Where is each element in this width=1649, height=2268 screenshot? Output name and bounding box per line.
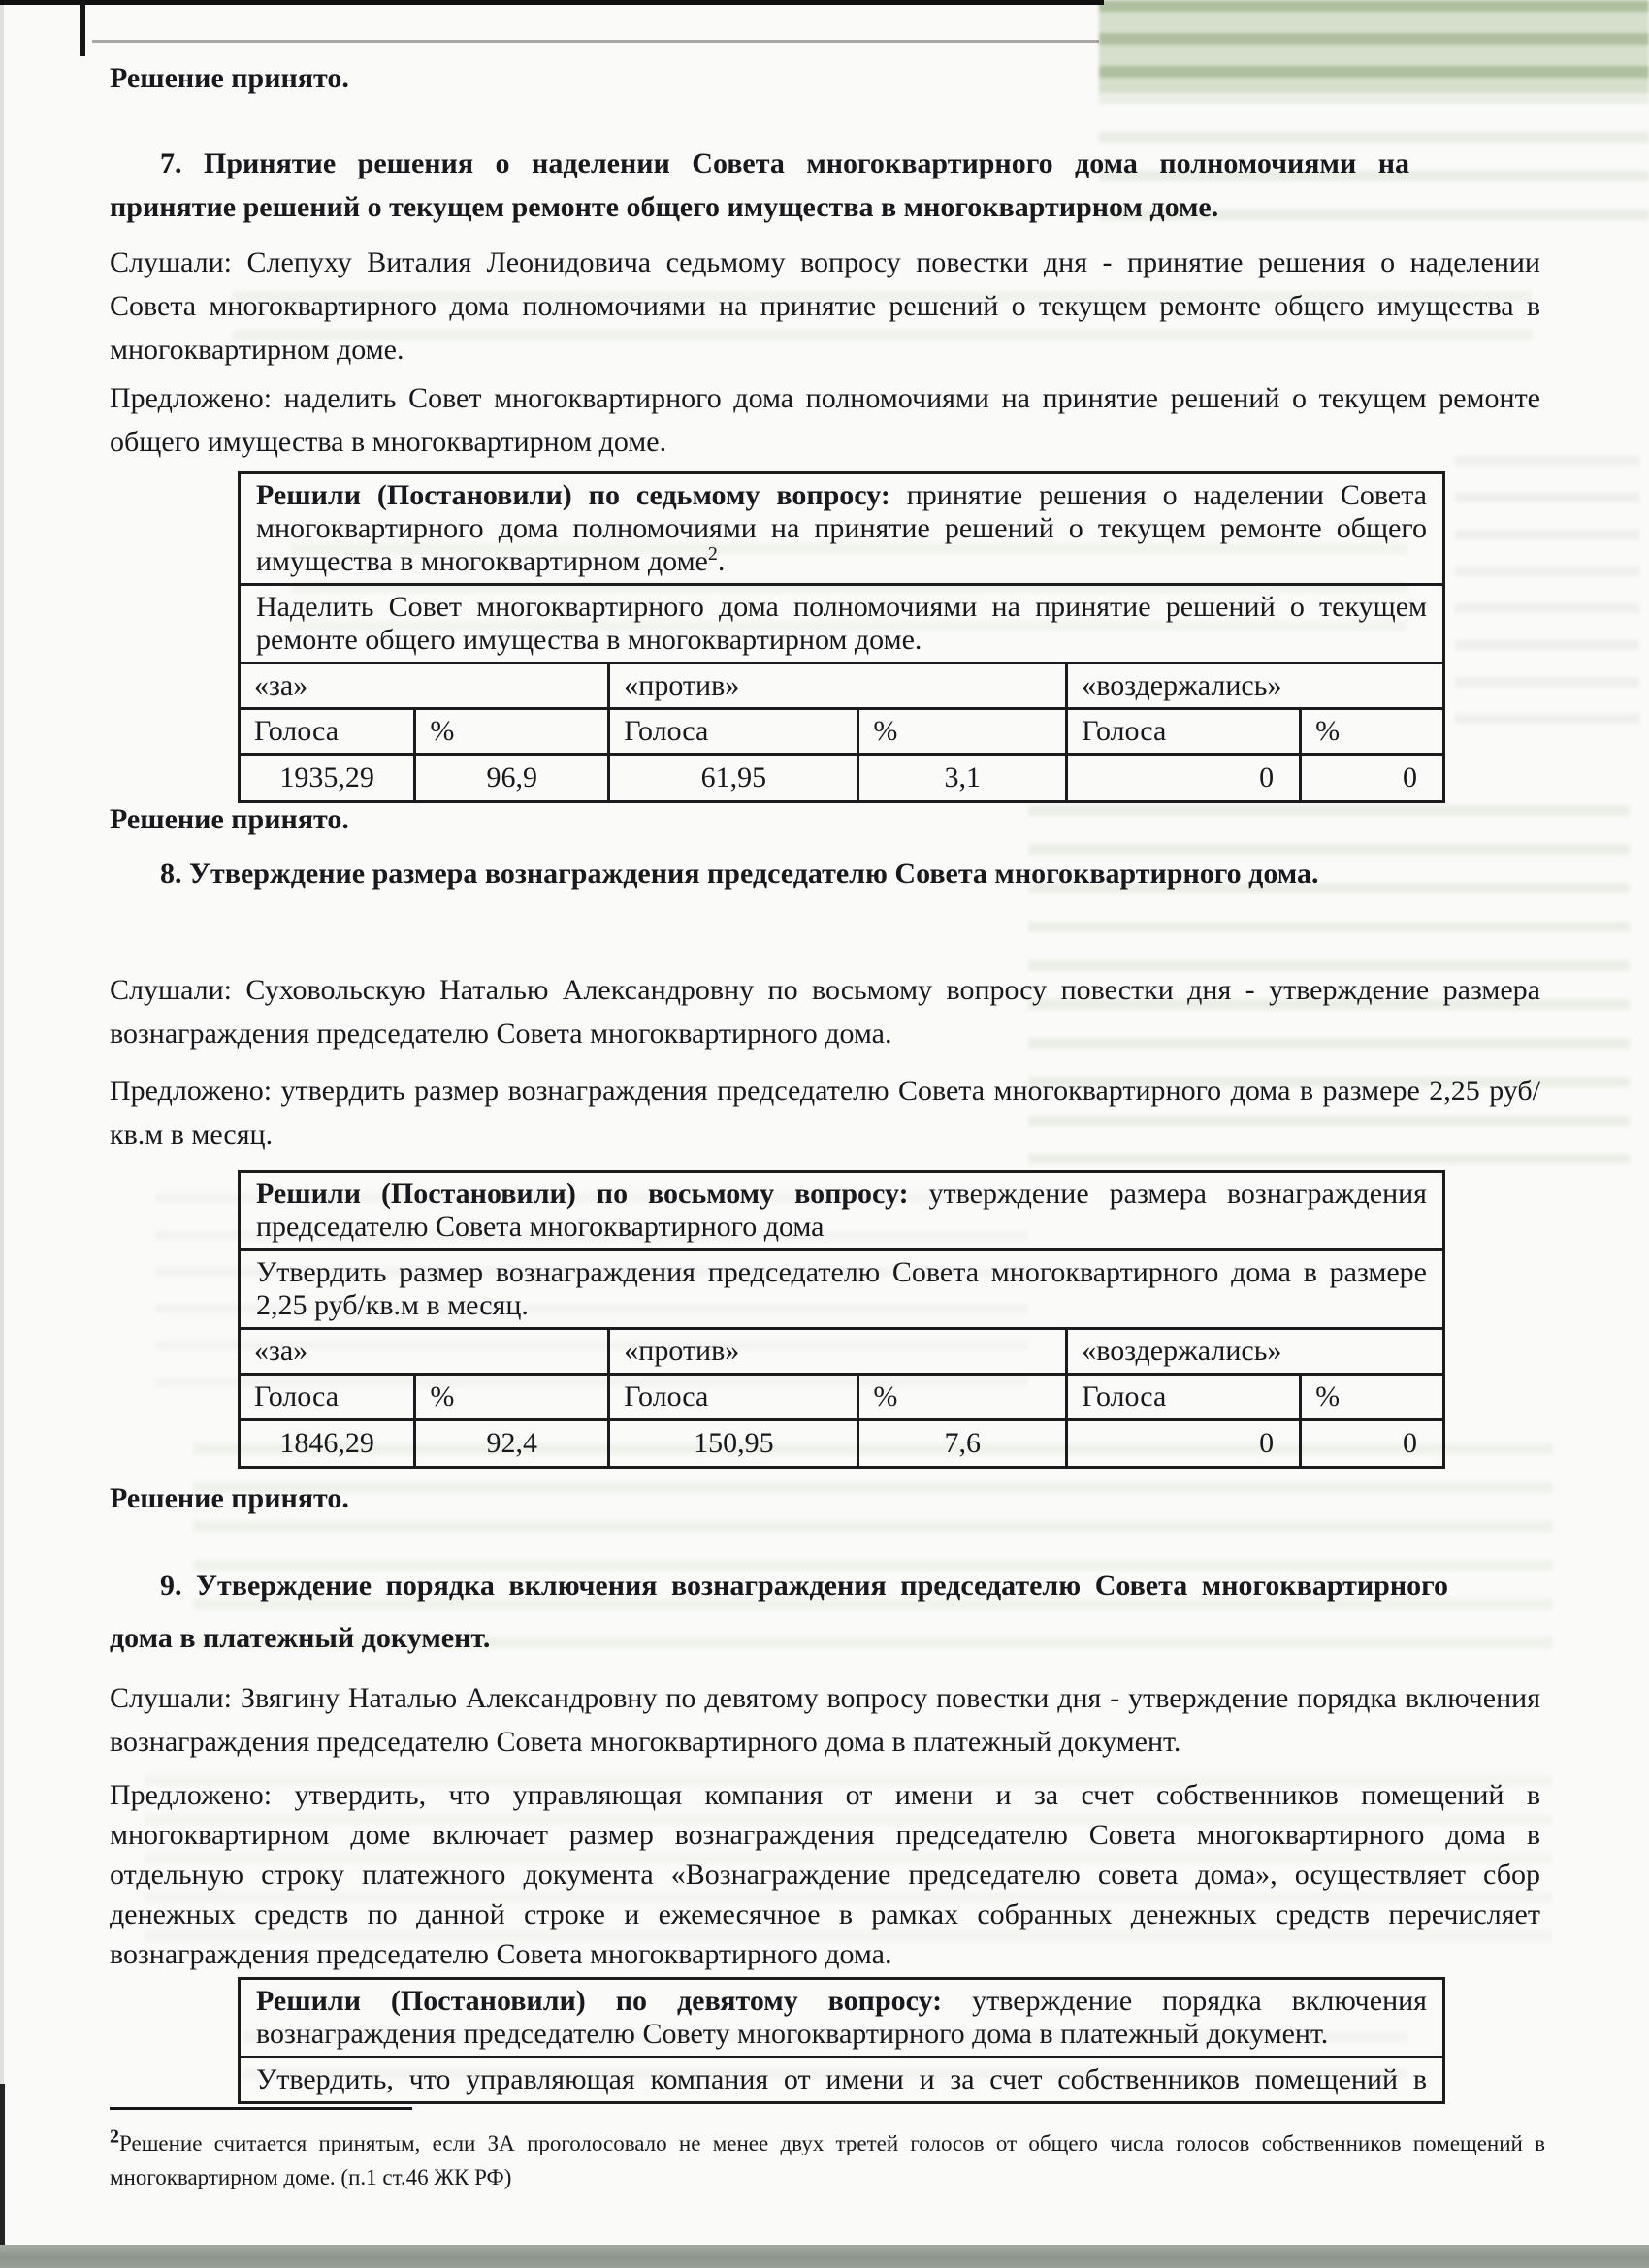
votes-label: Голоса bbox=[609, 1375, 858, 1420]
votes-label: Голоса bbox=[240, 1375, 415, 1420]
percent-label: % bbox=[858, 1375, 1067, 1420]
decision-status-prev: Решение принято. bbox=[110, 56, 1540, 100]
scanned-protocol-page: Решение принято. 7. Принятие решения о н… bbox=[0, 0, 1649, 2268]
decision-cell: Утвердить размер вознаграждения председа… bbox=[240, 1250, 1444, 1329]
bleed-through-smudge bbox=[1455, 456, 1639, 747]
footnote-reference: 2 bbox=[708, 543, 718, 565]
resolution-row: Решили (Постановили) по восьмому вопросу… bbox=[240, 1172, 1444, 1250]
protiv-votes-value: 61,95 bbox=[609, 755, 858, 802]
decision-status-8: Решение принято. bbox=[110, 1476, 1540, 1520]
agenda-item-9-heard-paragraph: Слушали: Звягину Наталью Александровну п… bbox=[110, 1676, 1540, 1764]
agenda-item-9-heading: 9. Утверждение порядка включения вознагр… bbox=[110, 1560, 1448, 1665]
decision-row: Наделить Совет многоквартирного дома пол… bbox=[240, 585, 1444, 664]
resolution-lead: Решили (Постановили) по восьмому вопросу… bbox=[256, 1178, 909, 1210]
decision-status-7: Решение принято. bbox=[110, 797, 1540, 841]
percent-label: % bbox=[415, 709, 609, 755]
resolution-row: Решили (Постановили) по седьмому вопросу… bbox=[240, 473, 1444, 585]
vote-option-za: «за» bbox=[240, 1329, 609, 1375]
votes-label: Голоса bbox=[1067, 709, 1301, 755]
vozderzhalis-votes-value: 0 bbox=[1067, 1420, 1301, 1468]
votes-label: Голоса bbox=[240, 709, 415, 755]
agenda-item-8-heard-paragraph: Слушали: Суховольскую Наталью Александро… bbox=[110, 968, 1540, 1055]
vote-options-row: «за» «против» «воздержались» bbox=[240, 1329, 1444, 1375]
scan-line-artifact bbox=[92, 40, 1099, 43]
resolution-lead: Решили (Постановили) по седьмому вопросу… bbox=[256, 479, 890, 511]
vote-columns-row: Голоса % Голоса % Голоса % bbox=[240, 1375, 1444, 1420]
decision-cell-partial: Утвердить, что управляющая компания от и… bbox=[240, 2057, 1444, 2103]
vozderzhalis-percent-value: 0 bbox=[1301, 755, 1444, 802]
votes-label: Голоса bbox=[609, 709, 858, 755]
percent-label: % bbox=[415, 1375, 609, 1420]
za-votes-value: 1846,29 bbox=[240, 1420, 415, 1468]
vote-options-row: «за» «против» «воздержались» bbox=[240, 664, 1444, 709]
footnote-text: Решение считается принятым, если ЗА прог… bbox=[110, 2131, 1545, 2189]
agenda-item-8-heading: 8. Утверждение размера вознаграждения пр… bbox=[110, 852, 1540, 895]
scan-edge-left bbox=[0, 0, 4, 2268]
resolution-row: Решили (Постановили) по девятому вопросу… bbox=[240, 1979, 1444, 2057]
scan-edge-tick bbox=[80, 0, 85, 56]
vote-option-za: «за» bbox=[240, 664, 609, 709]
za-percent-value: 96,9 bbox=[415, 755, 609, 802]
resolution-lead: Решили (Постановили) по девятому вопросу… bbox=[256, 1985, 942, 2017]
agenda-item-8-proposal-paragraph: Предложено: утвердить размер вознагражде… bbox=[110, 1069, 1540, 1156]
agenda-item-7-voting-table: Решили (Постановили) по седьмому вопросу… bbox=[238, 471, 1445, 803]
vote-values-row: 1935,29 96,9 61,95 3,1 0 0 bbox=[240, 755, 1444, 802]
scan-edge-left-bottom bbox=[0, 2084, 5, 2268]
agenda-item-8-voting-table: Решили (Постановили) по восьмому вопросу… bbox=[238, 1170, 1445, 1469]
agenda-item-7-heard-paragraph: Слушали: Слепуху Виталия Леонидовича сед… bbox=[110, 241, 1540, 372]
vote-option-vozderzhalis: «воздержались» bbox=[1067, 1329, 1444, 1375]
agenda-item-9-proposal-paragraph: Предложено: утвердить, что управляющая к… bbox=[110, 1775, 1540, 1974]
footnote-marker: 2 bbox=[110, 2125, 119, 2147]
vote-option-vozderzhalis: «воздержались» bbox=[1067, 664, 1444, 709]
scan-bottom-bar bbox=[0, 2245, 1649, 2268]
resolution-cell: Решили (Постановили) по седьмому вопросу… bbox=[240, 473, 1444, 585]
resolution-cell: Решили (Постановили) по девятому вопросу… bbox=[240, 1979, 1444, 2057]
protiv-votes-value: 150,95 bbox=[609, 1420, 858, 1468]
percent-label: % bbox=[858, 709, 1067, 755]
za-percent-value: 92,4 bbox=[415, 1420, 609, 1468]
agenda-item-9-voting-table: Решили (Постановили) по девятому вопросу… bbox=[238, 1977, 1445, 2104]
vote-columns-row: Голоса % Голоса % Голоса % bbox=[240, 709, 1444, 755]
resolution-cell: Решили (Постановили) по восьмому вопросу… bbox=[240, 1172, 1444, 1250]
vozderzhalis-votes-value: 0 bbox=[1067, 755, 1301, 802]
protiv-percent-value: 7,6 bbox=[858, 1420, 1067, 1468]
agenda-item-7-proposal-paragraph: Предложено: наделить Совет многоквартирн… bbox=[110, 376, 1540, 464]
resolution-text-end: . bbox=[718, 545, 726, 577]
scan-edge-top bbox=[0, 0, 1104, 5]
footnote: 2Решение считается принятым, если ЗА про… bbox=[110, 2126, 1545, 2194]
votes-label: Голоса bbox=[1067, 1375, 1301, 1420]
percent-label: % bbox=[1301, 709, 1444, 755]
protiv-percent-value: 3,1 bbox=[858, 755, 1067, 802]
vote-values-row: 1846,29 92,4 150,95 7,6 0 0 bbox=[240, 1420, 1444, 1468]
za-votes-value: 1935,29 bbox=[240, 755, 415, 802]
footnote-separator bbox=[110, 2107, 412, 2110]
vozderzhalis-percent-value: 0 bbox=[1301, 1420, 1444, 1468]
decision-cell: Наделить Совет многоквартирного дома пол… bbox=[240, 585, 1444, 664]
vote-option-protiv: «против» bbox=[609, 664, 1067, 709]
decision-row: Утвердить, что управляющая компания от и… bbox=[240, 2057, 1444, 2103]
vote-option-protiv: «против» bbox=[609, 1329, 1067, 1375]
decision-row: Утвердить размер вознаграждения председа… bbox=[240, 1250, 1444, 1329]
agenda-item-7-heading: 7. Принятие решения о наделении Совета м… bbox=[110, 142, 1409, 229]
percent-label: % bbox=[1301, 1375, 1444, 1420]
